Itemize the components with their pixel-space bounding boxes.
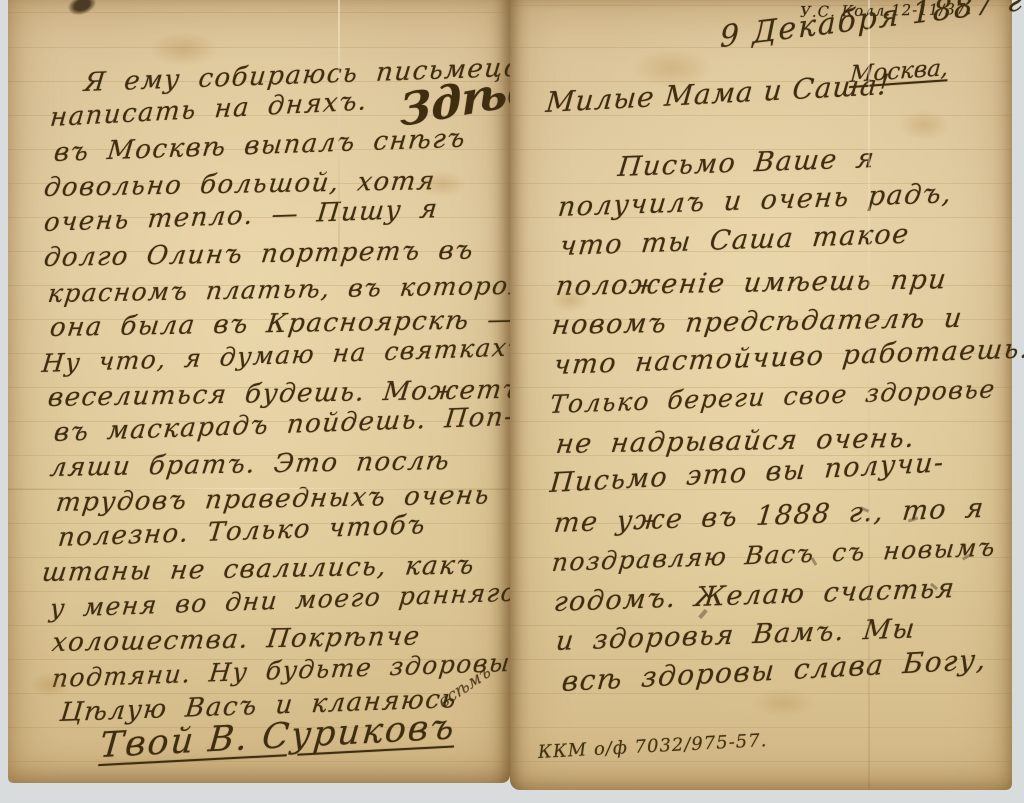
date-line: 9 Декабря 1887 г. <box>720 0 1024 55</box>
corner-ink-blot <box>66 0 98 18</box>
inventory-note: ККМ о/ф 7032/975-57. <box>537 730 767 763</box>
letter-page-left: Я ему собираюсь письмецонаписать на днях… <box>8 0 510 783</box>
letter-page-right: У.С. Колл.12-11/37. 9 Декабря 1887 г. Мо… <box>510 0 1012 790</box>
salutation: Милые Мама и Саша! <box>545 68 892 119</box>
letter-scan: Я ему собираюсь письмецонаписать на днях… <box>0 0 1024 803</box>
left-page-text: Я ему собираюсь письмецонаписать на днях… <box>42 66 504 731</box>
paper-stain <box>898 110 950 140</box>
right-page-text: Письмо Ваше яполучилъ и очень радъ,что т… <box>548 148 1006 701</box>
